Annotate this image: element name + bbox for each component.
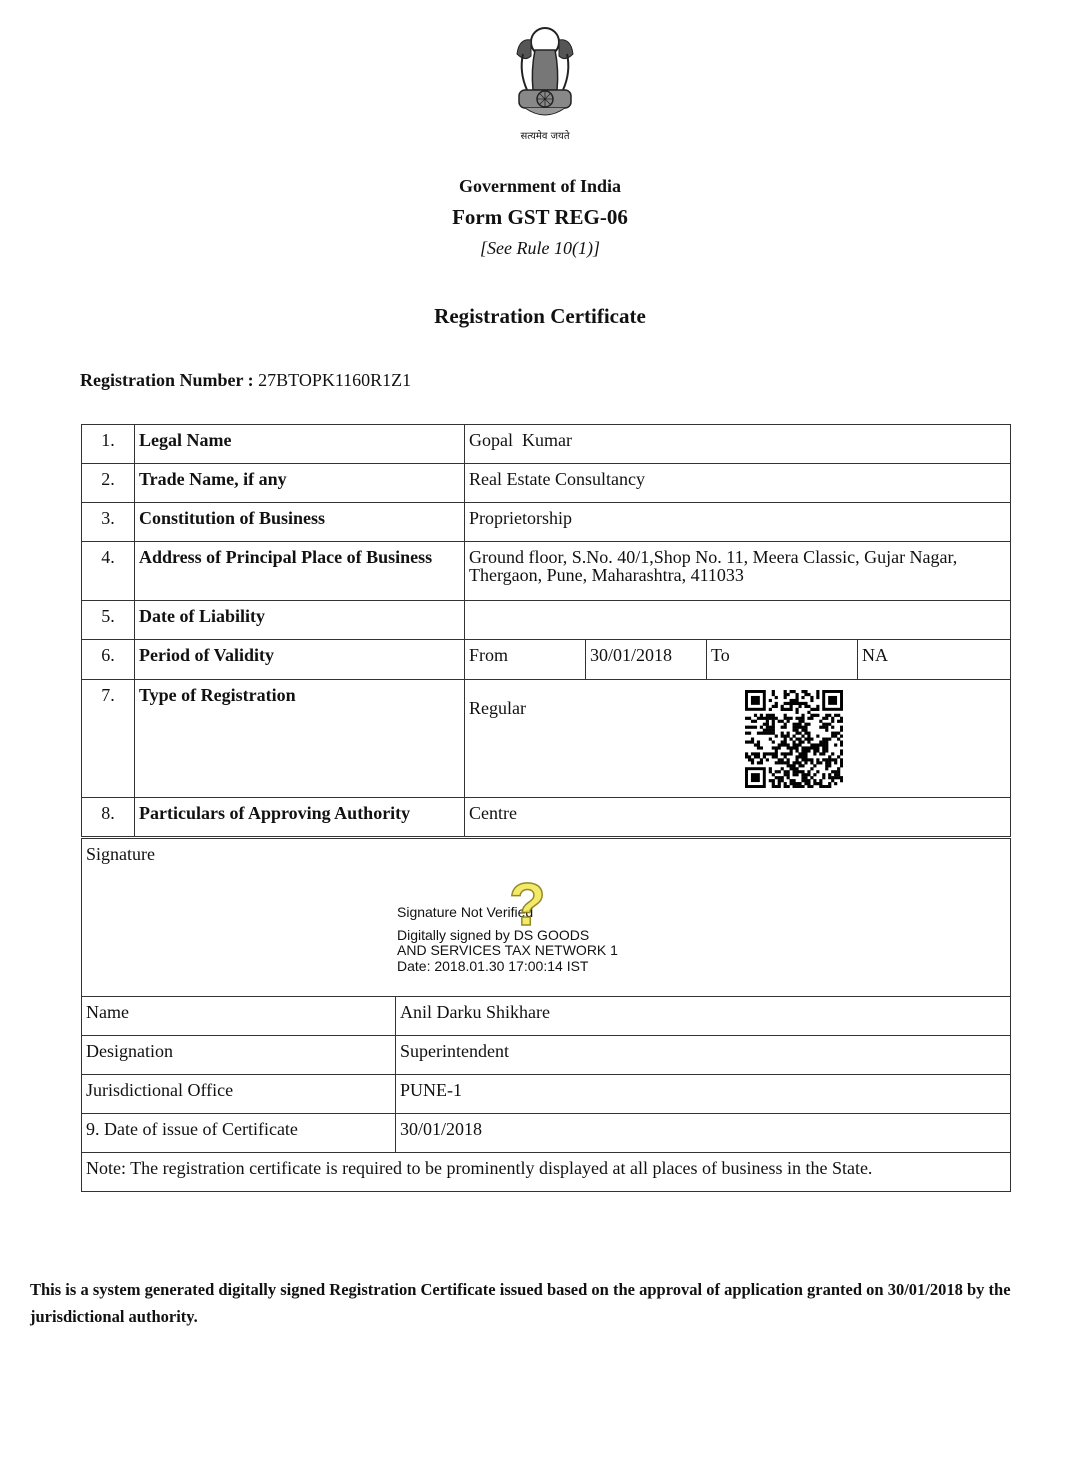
to-date: NA xyxy=(858,640,1011,679)
row-number: 6. xyxy=(82,640,135,680)
issue-date-value: 30/01/2018 xyxy=(396,1114,1011,1153)
certificate-title: Registration Certificate xyxy=(0,304,1080,329)
table-row: 2. Trade Name, if any Real Estate Consul… xyxy=(82,464,1011,503)
signed-by-line2: AND SERVICES TAX NETWORK 1 xyxy=(397,943,618,959)
table-row: 3. Constitution of Business Proprietorsh… xyxy=(82,503,1011,542)
registration-type-value: Regular xyxy=(469,699,526,717)
digital-signature-block[interactable]: ? Signature Not Verified Digitally signe… xyxy=(397,905,618,974)
table-row: Designation Superintendent xyxy=(82,1036,1011,1075)
field-label: Date of Liability xyxy=(135,601,465,640)
signature-label: Signature xyxy=(86,844,155,864)
form-title: Form GST REG-06 xyxy=(0,205,1080,230)
signature-table: Signature ? Signature Not Verified Digit… xyxy=(81,838,1011,1192)
table-row: 9. Date of issue of Certificate 30/01/20… xyxy=(82,1114,1011,1153)
field-label: Address of Principal Place of Business xyxy=(135,542,465,601)
officer-name-label: Name xyxy=(82,997,396,1036)
table-row: 7. Type of Registration Regular xyxy=(82,680,1011,798)
address-value: Ground floor, S.No. 40/1,Shop No. 11, Me… xyxy=(465,542,1011,601)
registration-number-value: 27BTOPK1160R1Z1 xyxy=(258,370,411,390)
jurisdictional-office-label: Jurisdictional Office xyxy=(82,1075,396,1114)
from-label: From xyxy=(465,640,586,679)
qr-code-icon xyxy=(745,690,843,788)
question-mark-icon: ? xyxy=(509,897,546,913)
designation-label: Designation xyxy=(82,1036,396,1075)
system-generated-footer: This is a system generated digitally sig… xyxy=(30,1276,1050,1330)
field-label: Period of Validity xyxy=(135,640,465,680)
date-of-liability-value xyxy=(465,601,1011,640)
display-note: Note: The registration certificate is re… xyxy=(82,1153,1011,1192)
note-row: Note: The registration certificate is re… xyxy=(82,1153,1011,1192)
validity-period: From 30/01/2018 To NA xyxy=(465,640,1011,680)
row-number: 8. xyxy=(82,798,135,837)
government-heading: Government of India xyxy=(0,176,1080,197)
issue-date-label: 9. Date of issue of Certificate xyxy=(82,1114,396,1153)
registration-type-cell: Regular xyxy=(465,680,1011,798)
field-label: Legal Name xyxy=(135,425,465,464)
registration-number: Registration Number : 27BTOPK1160R1Z1 xyxy=(80,370,411,391)
emblem-motto: सत्यमेव जयते xyxy=(490,128,600,142)
signature-date: Date: 2018.01.30 17:00:14 IST xyxy=(397,959,618,975)
table-row: 5. Date of Liability xyxy=(82,601,1011,640)
rule-reference: [See Rule 10(1)] xyxy=(0,238,1080,259)
row-number: 3. xyxy=(82,503,135,542)
table-row: 1. Legal Name Gopal Kumar xyxy=(82,425,1011,464)
jurisdictional-office-value: PUNE-1 xyxy=(396,1075,1011,1114)
signed-by-line1: Digitally signed by DS GOODS xyxy=(397,928,618,944)
signature-status: Signature Not Verified xyxy=(397,905,618,921)
row-number: 1. xyxy=(82,425,135,464)
registration-number-label: Registration Number : xyxy=(80,370,254,390)
signature-cell: Signature ? Signature Not Verified Digit… xyxy=(82,839,1011,997)
row-number: 5. xyxy=(82,601,135,640)
designation-value: Superintendent xyxy=(396,1036,1011,1075)
details-table: 1. Legal Name Gopal Kumar 2. Trade Name,… xyxy=(81,424,1011,837)
legal-name-value: Gopal Kumar xyxy=(465,425,1011,464)
row-number: 2. xyxy=(82,464,135,503)
from-date: 30/01/2018 xyxy=(586,640,707,679)
approving-authority-value: Centre xyxy=(465,798,1011,837)
table-row: 6. Period of Validity From 30/01/2018 To… xyxy=(82,640,1011,680)
table-row: Jurisdictional Office PUNE-1 xyxy=(82,1075,1011,1114)
row-number: 4. xyxy=(82,542,135,601)
field-label: Particulars of Approving Authority xyxy=(135,798,465,837)
field-label: Constitution of Business xyxy=(135,503,465,542)
field-label: Trade Name, if any xyxy=(135,464,465,503)
table-row: Name Anil Darku Shikhare xyxy=(82,997,1011,1036)
row-number: 7. xyxy=(82,680,135,798)
table-row: 8. Particulars of Approving Authority Ce… xyxy=(82,798,1011,837)
signature-row: Signature ? Signature Not Verified Digit… xyxy=(82,839,1011,997)
officer-name-value: Anil Darku Shikhare xyxy=(396,997,1011,1036)
constitution-value: Proprietorship xyxy=(465,503,1011,542)
field-label: Type of Registration xyxy=(135,680,465,798)
trade-name-value: Real Estate Consultancy xyxy=(465,464,1011,503)
ashoka-emblem-icon xyxy=(505,20,585,145)
table-row: 4. Address of Principal Place of Busines… xyxy=(82,542,1011,601)
to-label: To xyxy=(707,640,858,679)
